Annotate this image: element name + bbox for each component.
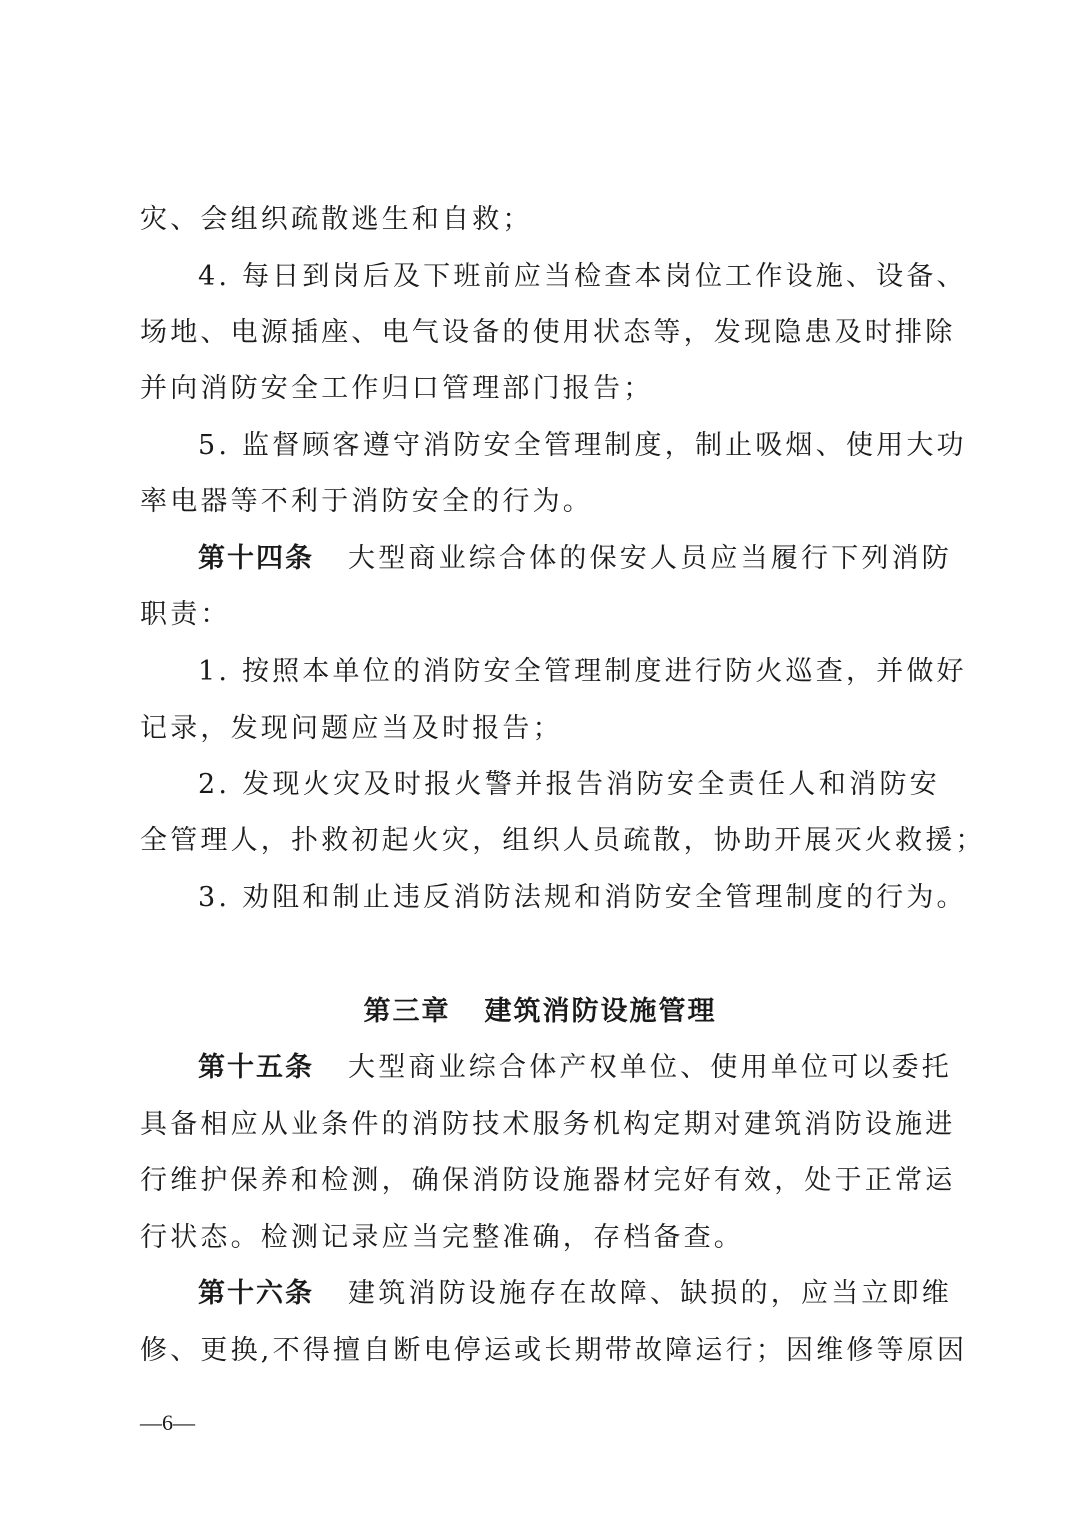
paragraph-line: 具备相应从业条件的消防技术服务机构定期对建筑消防设施进	[140, 1105, 940, 1145]
chapter-number: 第三章	[364, 996, 451, 1027]
list-item-1: 1. 按照本单位的消防安全管理制度进行防火巡查，并做好	[198, 652, 940, 692]
paragraph-line: 场地、电源插座、电气设备的使用状态等，发现隐患及时排除	[140, 313, 940, 353]
paragraph-line: 记录，发现问题应当及时报告；	[140, 709, 940, 749]
article-16: 第十六条建筑消防设施存在故障、缺损的，应当立即维	[198, 1274, 940, 1314]
paragraph-line: 并向消防安全工作归口管理部门报告；	[140, 369, 940, 409]
paragraph-line: 行维护保养和检测，确保消防设施器材完好有效，处于正常运	[140, 1161, 940, 1201]
article-16-text: 建筑消防设施存在故障、缺损的，应当立即维	[348, 1278, 952, 1309]
list-item-3: 3. 劝阻和制止违反消防法规和消防安全管理制度的行为。	[198, 878, 940, 918]
paragraph-line: 行状态。检测记录应当完整准确，存档备查。	[140, 1218, 940, 1258]
paragraph-line: 灾、会组织疏散逃生和自救；	[140, 200, 940, 240]
chapter-heading: 第三章建筑消防设施管理	[0, 992, 1080, 1032]
list-item-2: 2. 发现火灾及时报火警并报告消防安全责任人和消防安	[198, 765, 940, 805]
list-item-5: 5. 监督顾客遵守消防安全管理制度，制止吸烟、使用大功	[198, 426, 940, 466]
chapter-title: 建筑消防设施管理	[485, 996, 717, 1027]
paragraph-line: 职责：	[140, 595, 940, 635]
article-15-text: 大型商业综合体产权单位、使用单位可以委托	[348, 1052, 952, 1083]
paragraph-line: 率电器等不利于消防安全的行为。	[140, 482, 940, 522]
paragraph-line: 全管理人，扑救初起火灾，组织人员疏散，协助开展灭火救援；	[140, 821, 940, 861]
article-14-heading: 第十四条	[198, 543, 314, 574]
article-15-heading: 第十五条	[198, 1052, 314, 1083]
page-number: —6—	[140, 1408, 195, 1438]
article-14: 第十四条大型商业综合体的保安人员应当履行下列消防	[198, 539, 940, 579]
document-page: 灾、会组织疏散逃生和自救； 4. 每日到岗后及下班前应当检查本岗位工作设施、设备…	[0, 0, 1080, 1526]
article-14-text: 大型商业综合体的保安人员应当履行下列消防	[348, 543, 952, 574]
article-16-heading: 第十六条	[198, 1278, 314, 1309]
article-15: 第十五条大型商业综合体产权单位、使用单位可以委托	[198, 1048, 940, 1088]
list-item-4: 4. 每日到岗后及下班前应当检查本岗位工作设施、设备、	[198, 257, 940, 297]
paragraph-line: 修、更换,不得擅自断电停运或长期带故障运行；因维修等原因	[140, 1331, 940, 1371]
